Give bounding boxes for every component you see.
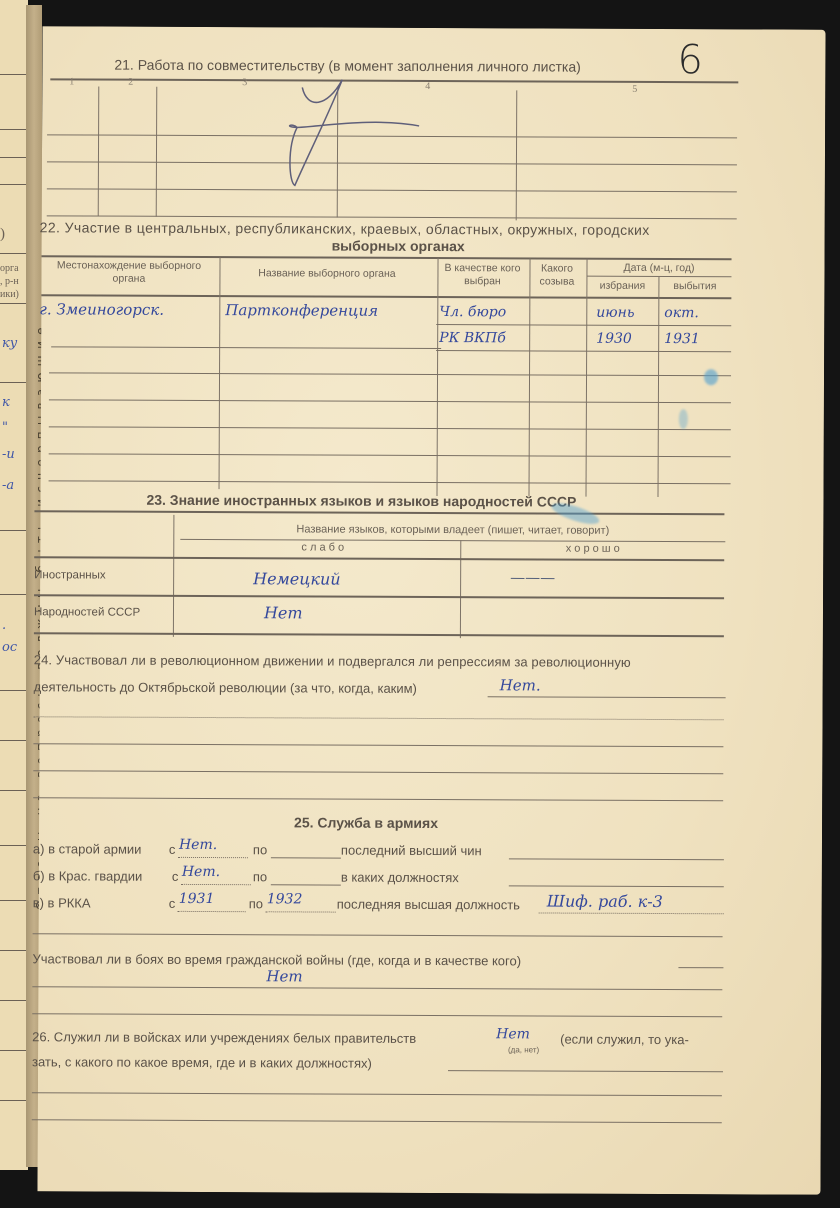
answer-line — [271, 857, 341, 858]
rule — [33, 770, 723, 774]
section-25-title: 25. Служба в армиях — [294, 814, 438, 831]
answer-line — [448, 1070, 723, 1072]
section-23-title: 23. Знание иностранных языков и языков н… — [146, 492, 576, 510]
rule — [34, 510, 724, 515]
rule — [32, 1013, 722, 1017]
to-label: по — [253, 842, 267, 857]
prev-ink: -и — [2, 447, 15, 462]
army-extra-label: последняя высшая должность — [337, 897, 520, 913]
header-location: Местонахождение выборного органа — [41, 259, 216, 286]
prev-line — [0, 900, 26, 901]
row-label-foreign: Иностранных — [34, 569, 106, 581]
prev-line — [0, 594, 26, 595]
rule — [49, 399, 731, 403]
header-languages: Название языков, которыми владеет (пишет… — [180, 523, 725, 538]
cell-date-left: 1931 — [664, 331, 700, 347]
civil-war-question: Участвовал ли в боях во время гражданско… — [32, 951, 521, 968]
column-divider — [173, 515, 175, 637]
cell-date-left: окт. — [664, 305, 699, 321]
rule — [51, 346, 441, 349]
army-extra-label: в каких должностях — [341, 870, 459, 886]
prev-line — [0, 157, 26, 158]
previous-page-edge: ) орга , р-н ики) ку к " -и -а . ос — [0, 0, 28, 1170]
answer-line — [678, 967, 723, 968]
page-number: 6 — [677, 37, 703, 83]
header-capacity: В качестве кого выбран — [437, 262, 527, 288]
answer-line — [488, 696, 726, 698]
form-page: 6 21. Работа по совместительству (в моме… — [37, 26, 825, 1194]
answer-line — [178, 857, 248, 858]
prev-line — [0, 530, 26, 531]
header-date-elected: избрания — [586, 280, 658, 293]
cell-location: г. Змеиногорск. — [39, 300, 164, 319]
prev-line — [0, 303, 26, 304]
rule — [33, 933, 723, 937]
cell-capacity: Чл. бюро — [439, 304, 506, 320]
rule — [32, 986, 722, 990]
rule — [34, 556, 724, 561]
prev-ink: " — [2, 420, 8, 435]
answer-line — [271, 884, 341, 885]
from-label: с — [169, 896, 176, 911]
strike-mark-icon — [247, 67, 428, 198]
prev-line — [0, 184, 26, 185]
prev-line — [0, 382, 26, 383]
answer-line — [509, 885, 724, 887]
army-from: 1931 — [179, 891, 215, 907]
header-good: х о р о ш о — [460, 542, 725, 556]
rule — [33, 743, 723, 747]
header-organ-name: Название выборного органа — [219, 267, 434, 281]
prev-line — [0, 1100, 26, 1101]
answer-line — [178, 911, 246, 912]
prev-fragment: , р-н — [0, 276, 19, 288]
section-26-answer: Нет — [496, 1026, 530, 1042]
prev-line — [0, 690, 26, 691]
column-divider — [516, 90, 518, 220]
army-row-label: б) в Крас. гвардии — [33, 868, 143, 883]
row-label-ussr: Народностей СССР — [34, 606, 140, 618]
prev-line — [0, 950, 26, 951]
answer-line — [181, 884, 251, 885]
column-divider — [528, 258, 530, 496]
cell-ussr-weak: Нет — [264, 603, 303, 622]
rule — [32, 1092, 722, 1096]
rule — [436, 350, 731, 352]
section-22-title-line1: 22. Участие в центральных, республиканск… — [40, 219, 650, 238]
header-date-left: выбытия — [658, 280, 731, 293]
civil-war-answer: Нет — [266, 967, 302, 985]
cell-date-elected: 1930 — [596, 331, 632, 347]
rule — [49, 453, 731, 457]
column-divider — [98, 87, 100, 217]
rule — [34, 632, 724, 637]
cell-date-elected: июнь — [596, 305, 634, 321]
section-24-line2: деятельность до Октябрьской революции (з… — [34, 679, 417, 696]
prev-line — [0, 74, 26, 75]
prev-ink: . — [2, 618, 6, 633]
prev-ink: -а — [2, 478, 14, 493]
rule — [49, 480, 731, 484]
prev-line — [0, 129, 26, 130]
answer-line — [539, 912, 724, 914]
section-26-line2: зать, с какого по какое время, где и в к… — [32, 1054, 372, 1070]
answer-line — [509, 858, 724, 860]
prev-line — [0, 1050, 26, 1051]
rule — [436, 324, 731, 326]
army-extra-answer: Шиф. раб. к-3 — [547, 892, 663, 912]
column-number: 1 — [69, 76, 74, 87]
prev-fragment: ики) — [0, 289, 19, 301]
army-to: 1932 — [267, 891, 303, 907]
army-row-label: а) в старой армии — [33, 841, 142, 856]
cell-foreign-good: ——— — [510, 568, 555, 586]
prev-line — [0, 1000, 26, 1001]
section-22-title-line2: выборных органах — [332, 238, 465, 255]
prev-line — [0, 790, 26, 791]
to-label: по — [253, 869, 267, 884]
column-divider — [436, 258, 438, 496]
prev-fragment: ) — [0, 228, 5, 240]
from-label: с — [172, 869, 179, 884]
prev-ink: ос — [2, 640, 17, 655]
rule — [49, 426, 731, 430]
rule — [41, 294, 731, 299]
rule — [32, 1119, 722, 1123]
army-extra-label: последний высший чин — [341, 843, 482, 859]
section-24-answer: Нет. — [500, 676, 541, 694]
rule — [33, 797, 723, 801]
prev-fragment: орга — [0, 263, 19, 275]
column-number: 5 — [632, 84, 637, 95]
from-label: с — [169, 842, 176, 857]
prev-line — [0, 253, 26, 254]
header-convocation: Какого созыва — [529, 262, 584, 288]
answer-line — [266, 911, 336, 912]
answer-hint: (да, нет) — [496, 1043, 551, 1056]
column-divider — [156, 87, 158, 217]
army-from: Нет. — [182, 864, 220, 880]
ink-blot — [704, 369, 718, 385]
header-weak: с л а б о — [180, 541, 465, 555]
to-label: по — [249, 896, 263, 911]
army-from: Нет. — [179, 837, 217, 853]
rule — [34, 594, 724, 599]
rule — [47, 215, 737, 219]
section-26-line1: 26. Служил ли в войсках или учреждениях … — [32, 1029, 416, 1046]
column-number: 2 — [128, 77, 133, 88]
header-date: Дата (м-ц, год) — [586, 262, 731, 276]
cell-foreign-weak: Немецкий — [253, 569, 341, 588]
prev-line — [0, 845, 26, 846]
cell-capacity: РК ВКПб — [439, 330, 506, 346]
ink-blot — [679, 409, 688, 429]
cell-organ-name: Партконференция — [225, 301, 378, 320]
column-divider — [657, 277, 659, 497]
section-26-line1b: (если служил, то ука- — [560, 1032, 689, 1048]
column-divider — [585, 259, 587, 497]
prev-line — [0, 740, 26, 741]
rule — [34, 716, 724, 720]
prev-ink: к — [2, 395, 10, 410]
prev-ink: ку — [2, 336, 17, 351]
section-24-line1: 24. Участвовал ли в революционном движен… — [34, 652, 631, 670]
rule — [49, 372, 731, 376]
army-row-label: в) в РККА — [33, 895, 91, 910]
